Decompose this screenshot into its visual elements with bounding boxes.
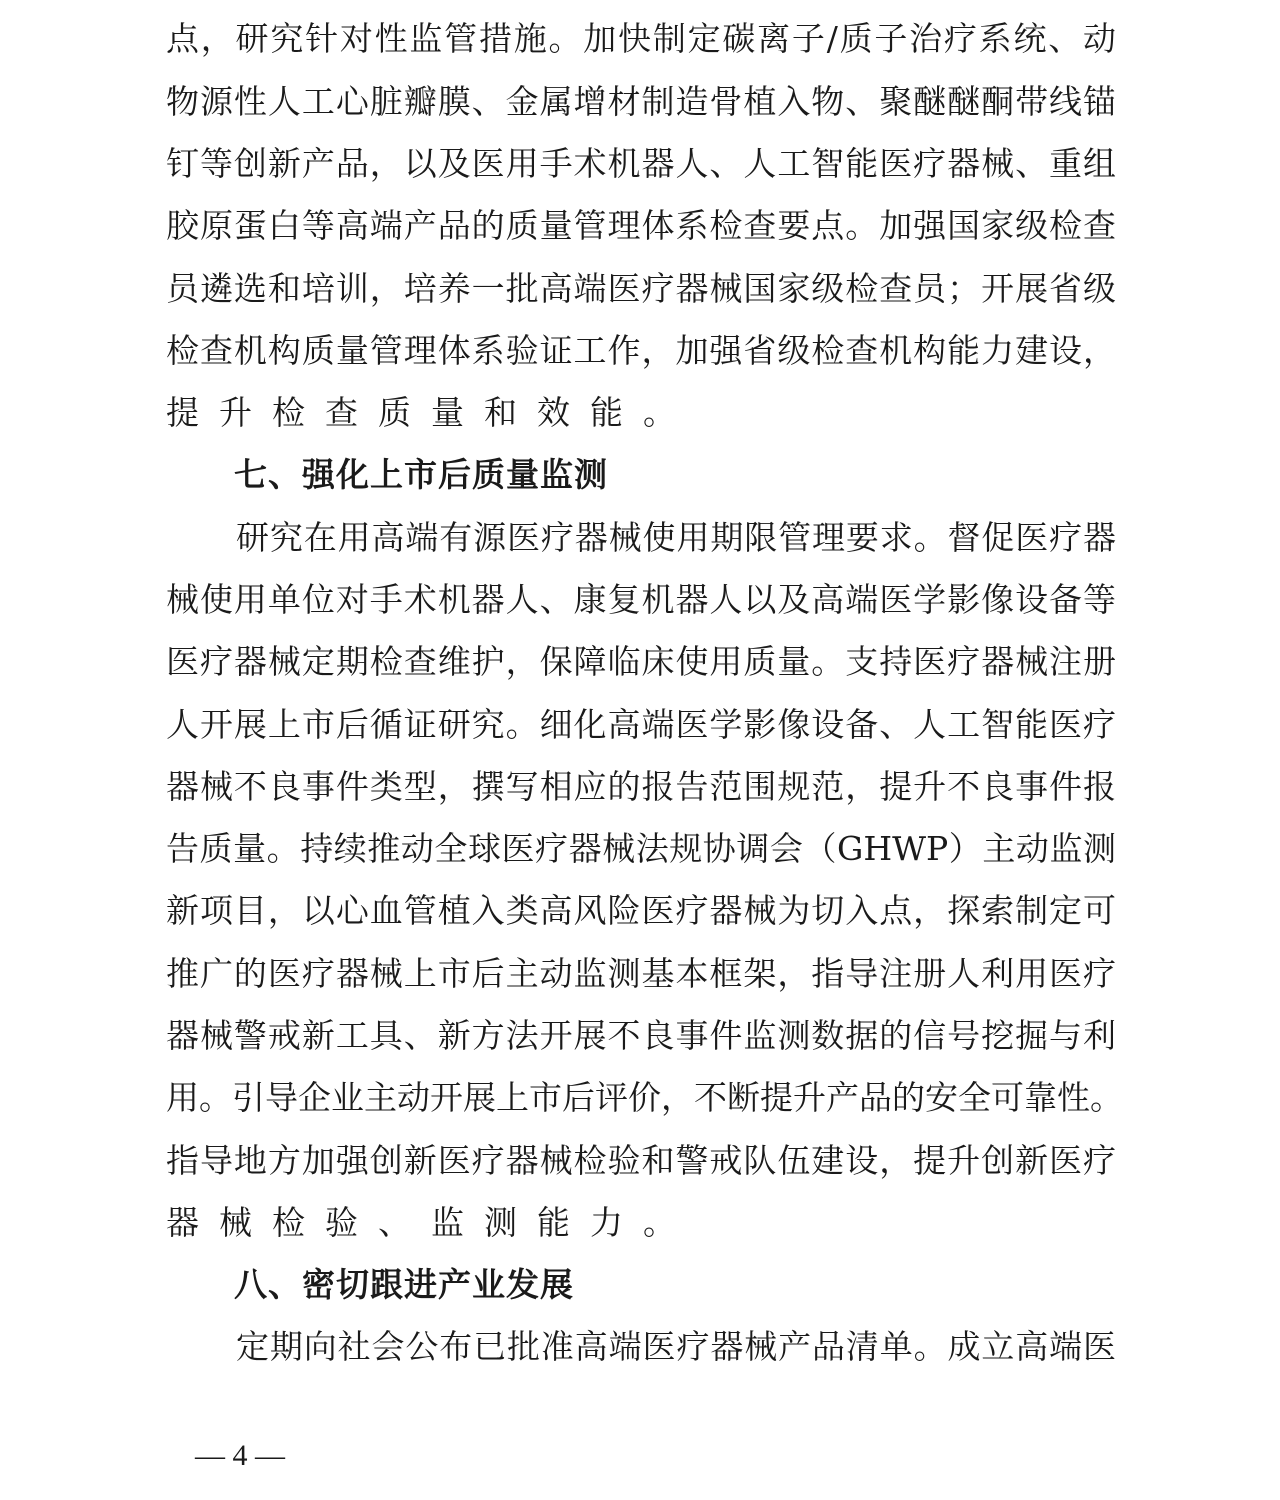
paragraph-line: 用。引导企业主动开展上市后评价，不断提升产品的安全可靠性。 [166,1073,1116,1123]
page-number: — 4 — [195,1438,285,1474]
paragraph-line: 胶原蛋白等高端产品的质量管理体系检查要点。加强国家级检查 [166,201,1116,251]
paragraph-line: 检查机构质量管理体系验证工作，加强省级检查机构能力建设， [166,326,1116,376]
paragraph-line: 械使用单位对手术机器人、康复机器人以及高端医学影像设备等 [166,575,1116,625]
section-heading-7: 七、强化上市后质量监测 [234,450,608,500]
paragraph-line: 研究在用高端有源医疗器械使用期限管理要求。督促医疗器 [236,513,1116,563]
paragraph-line: 器械警戒新工具、新方法开展不良事件监测数据的信号挖掘与利 [166,1011,1116,1061]
paragraph-line: 器械不良事件类型，撰写相应的报告范围规范，提升不良事件报 [166,762,1116,812]
paragraph-line: 点，研究针对性监管措施。加快制定碳离子/质子治疗系统、动 [166,14,1116,64]
paragraph-line: 医疗器械定期检查维护，保障临床使用质量。支持医疗器械注册 [166,637,1116,687]
paragraph-line: 钉等创新产品，以及医用手术机器人、人工智能医疗器械、重组 [166,139,1116,189]
section-heading-8: 八、密切跟进产业发展 [234,1260,574,1310]
paragraph-line: 物源性人工心脏瓣膜、金属增材制造骨植入物、聚醚醚酮带线锚 [166,77,1116,127]
document-page: 点，研究针对性监管措施。加快制定碳离子/质子治疗系统、动 物源性人工心脏瓣膜、金… [0,0,1280,1500]
paragraph-line: 器械检验、监测能力。 [166,1198,1116,1248]
paragraph-line: 定期向社会公布已批准高端医疗器械产品清单。成立高端医 [236,1322,1116,1372]
paragraph-line: 员遴选和培训，培养一批高端医疗器械国家级检查员；开展省级 [166,264,1116,314]
paragraph-line: 推广的医疗器械上市后主动监测基本框架，指导注册人利用医疗 [166,949,1116,999]
paragraph-line: 人开展上市后循证研究。细化高端医学影像设备、人工智能医疗 [166,700,1116,750]
paragraph-line: 告质量。持续推动全球医疗器械法规协调会（GHWP）主动监测 [166,824,1116,874]
paragraph-line: 新项目，以心血管植入类高风险医疗器械为切入点，探索制定可 [166,886,1116,936]
paragraph-line: 指导地方加强创新医疗器械检验和警戒队伍建设，提升创新医疗 [166,1136,1116,1186]
paragraph-line: 提升检查质量和效能。 [166,388,1116,438]
